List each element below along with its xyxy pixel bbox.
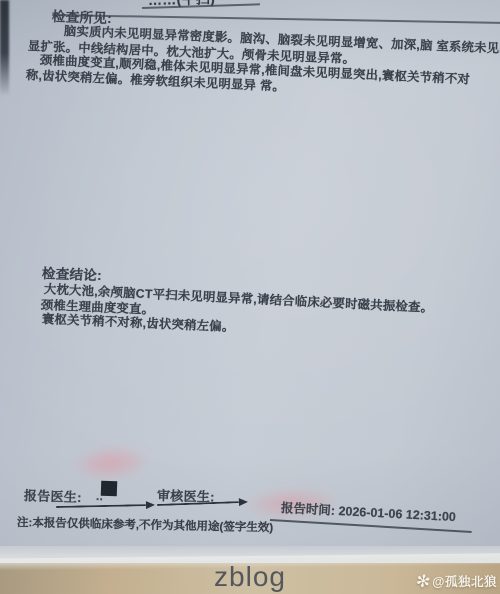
pink-redaction-smudge — [71, 444, 151, 481]
conclusion-line: 寰枢关节稍不对称,齿状突稍左偏。 — [42, 309, 235, 335]
scanned-report-photo: ……(平扫) 检查所见: 脑实质内未见明显异常密度影。脑沟、脑裂未见明显增宽、加… — [0, 0, 500, 566]
findings-title: 检查所见: — [52, 5, 113, 27]
findings-line: 颈椎曲度变直,顺列稳,椎体未见明显异常,椎间盘未见明显突出,寰枢关节稍不对 — [40, 50, 471, 88]
report-time: 报告时间: 2026-01-06 12:31:00 — [281, 498, 457, 525]
review-doctor-label: 审核医生: — [157, 485, 215, 506]
findings-line: 称,齿状突稍左偏。椎旁软组织未见明显异 常。 — [26, 65, 286, 95]
conclusion-line: 颈椎生理曲度变直。 — [41, 295, 155, 318]
header-rule — [52, 14, 500, 24]
report-doctor-label: 报告医生: — [24, 485, 82, 506]
report-time-value: 2026-01-06 12:31:00 — [338, 504, 456, 524]
conclusion-title: 检查结论: — [42, 262, 103, 284]
watermark: ✻ @孤独北狼 — [416, 572, 497, 590]
report-header-fragment: ……(平扫) — [148, 0, 216, 10]
disclaimer-note: 注:本报告仅供临床参考,不作为其他用途(签字生效) — [17, 514, 273, 535]
findings-line: 脑实质内未见明显异常密度影。脑沟、脑裂未见明显增宽、加深,脑 室系统未见明 — [64, 21, 500, 57]
snowflake-icon: ✻ — [415, 571, 432, 590]
signature-underline — [157, 501, 239, 506]
report-time-label: 报告时间: — [281, 501, 336, 518]
report-doctor-value: .. — [96, 489, 104, 503]
watermark-handle: @孤独北狼 — [432, 572, 497, 590]
photo-edge-shadow — [0, 0, 9, 96]
conclusion-line: 大枕大池,余颅脑CT平扫未见明显异常,请结合临床必要时磁共振检查。 — [44, 279, 434, 316]
signature-underline — [56, 504, 146, 508]
header-fragment-underline — [142, 3, 260, 8]
black-redaction-square — [101, 481, 118, 497]
pink-redaction-smudge — [245, 488, 340, 518]
report-time-underline — [270, 519, 472, 533]
findings-line: 显扩张。中线结构居中。枕大池扩大。颅骨未见明显异常。 — [28, 36, 356, 67]
